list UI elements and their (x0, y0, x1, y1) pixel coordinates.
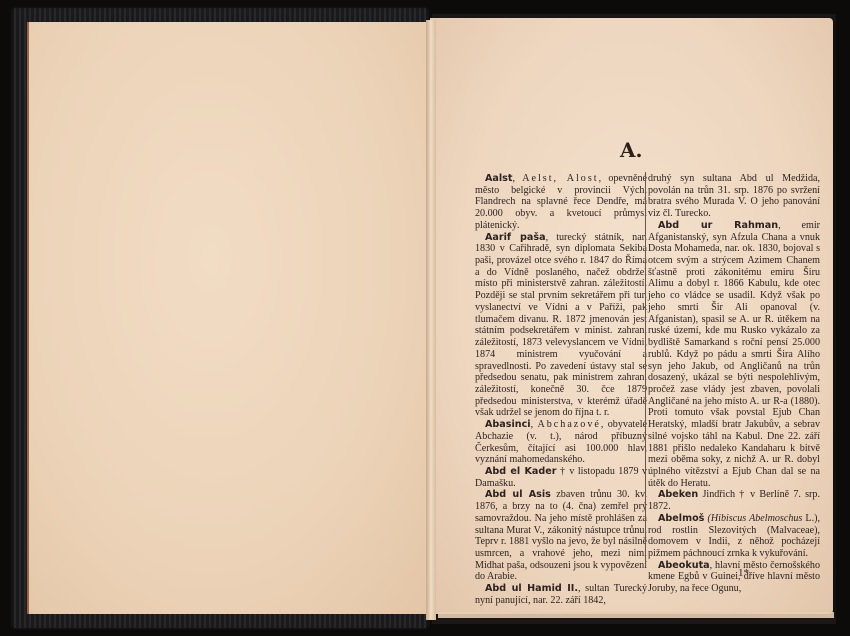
book-gutter (426, 20, 436, 620)
section-letter: A. (620, 138, 642, 162)
text-column-1: Aalst, Aelst, Alost, opevněné město belg… (475, 173, 647, 607)
text-column-2: druhý syn sultana Abd ul Medžida, povolá… (648, 173, 820, 595)
entry-abeken: Abeken Jindřich † v Berlíně 7. srp. 1872… (648, 489, 820, 512)
signature-mark: 1* (738, 567, 749, 579)
entry-abd-ul-hamid: Abd ul Hamid II., sultan Turecký nyní pa… (475, 583, 647, 606)
entry-aarif-pasa: Aarif paša, turecký státník, nar. 1830 v… (475, 232, 647, 420)
entry-abd-el-kader: Abd el Kader † v listopadu 1879 v Damašk… (475, 466, 647, 489)
entry-abd-ur-rahman: Abd ur Rahman, emir Afganistanský, syn A… (648, 220, 820, 490)
left-page-blank (27, 22, 432, 614)
entry-abasinci: Abasinci, Abchazové, obyvatelé Abchazie … (475, 419, 647, 466)
page-edge (438, 612, 834, 618)
entry-aalst: Aalst, Aelst, Alost, opevněné město belg… (475, 173, 647, 232)
entry-abelmos: Abelmoš (Hibiscus Abelmoschus L.), rod r… (648, 513, 820, 560)
entry-continuation: druhý syn sultana Abd ul Medžida, povolá… (648, 173, 820, 220)
entry-abeokuta: Abeokuta, hlavní město černošského kmene… (648, 560, 820, 595)
entry-abd-ul-asis: Abd ul Asis zbaven trůnu 30. kv. 1876, a… (475, 489, 647, 583)
column-divider (645, 172, 646, 566)
